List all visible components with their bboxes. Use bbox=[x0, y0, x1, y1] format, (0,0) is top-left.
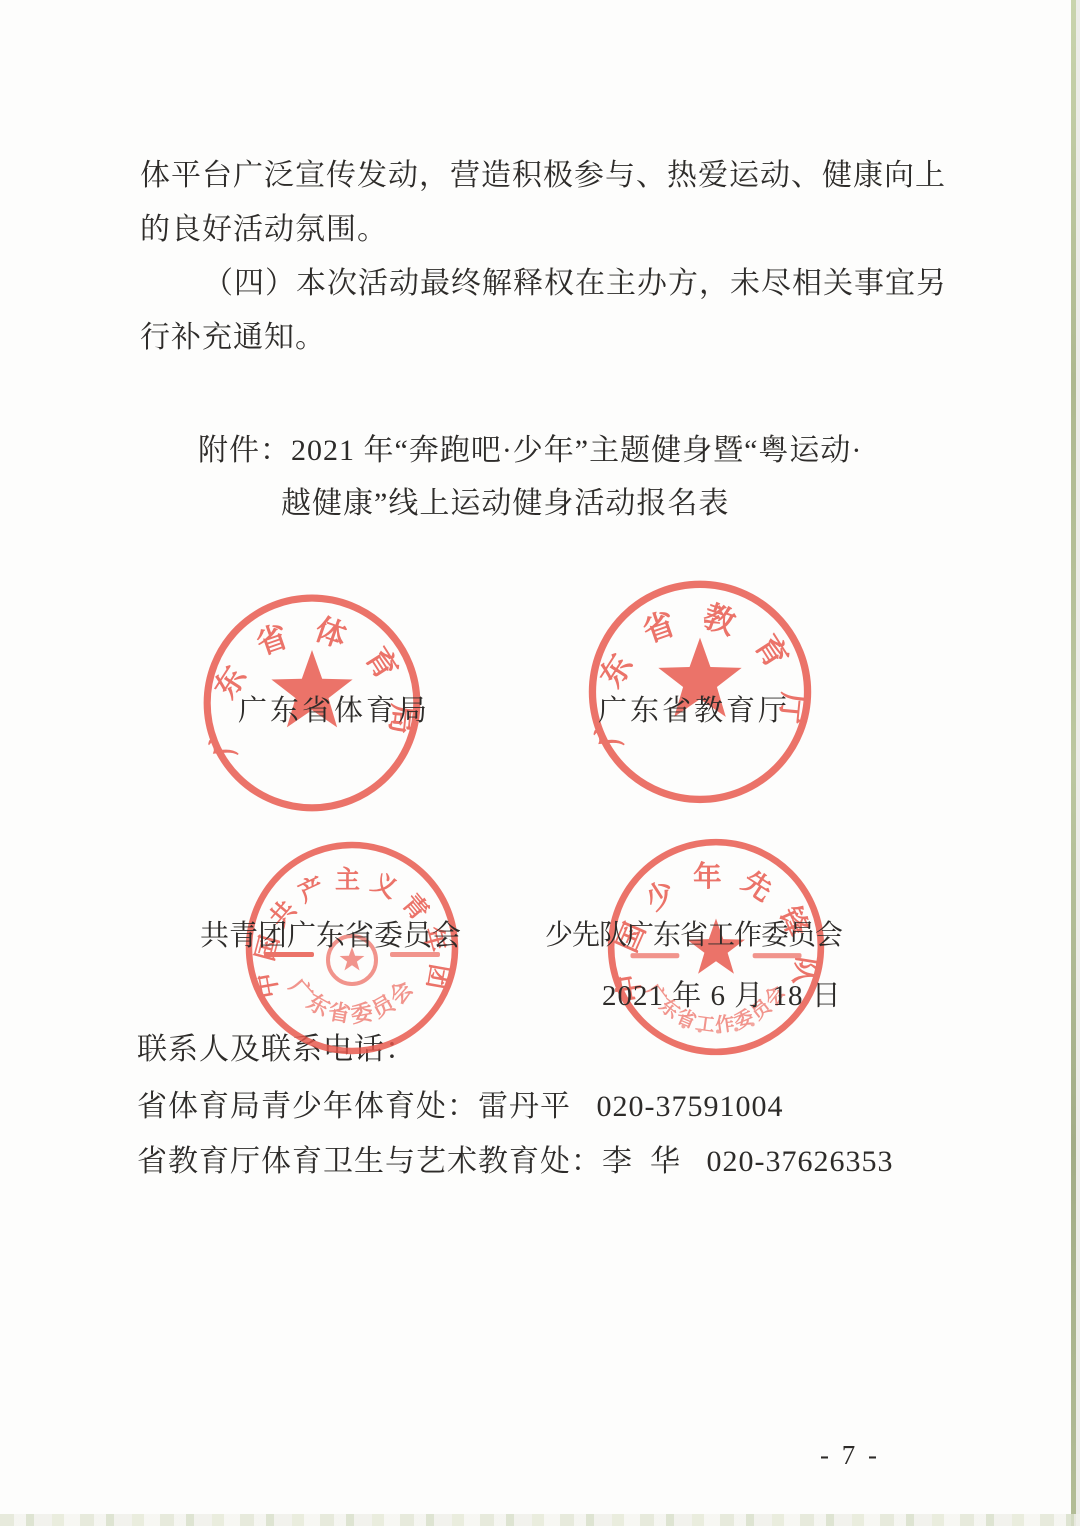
body-text-line-1: 体平台广泛宣传发动，营造积极参与、热爱运动、健康向上 bbox=[140, 150, 946, 194]
seal-right-dash bbox=[753, 953, 802, 958]
contact-line-sports: 省体育局青少年体育处：雷丹平 020-37591004 bbox=[137, 1081, 784, 1125]
signature-org-young-pioneers: 少先队广东省工作委员会 bbox=[545, 913, 842, 953]
seal-arc-bottom-text: 广东省委员会 bbox=[284, 974, 419, 1028]
body-text-line-4: 行补充通知。 bbox=[140, 312, 326, 356]
seal-left-dash bbox=[630, 953, 679, 958]
contact-line-education: 省教育厅体育卫生与艺术教育处：李 华 020-37626353 bbox=[137, 1136, 894, 1180]
page-number: - 7 - bbox=[820, 1440, 880, 1471]
signature-org-sports-bureau: 广东省体育局 bbox=[238, 688, 430, 729]
scan-edge-bottom bbox=[0, 1514, 1080, 1526]
attachment-line-2: 越健康”线上运动健身活动报名表 bbox=[281, 478, 729, 522]
attachment-line-1: 附件：2021 年“奔跑吧·少年”主题健身暨“粤运动· bbox=[198, 425, 862, 469]
signature-org-education-department: 广东省教育厅 bbox=[598, 688, 790, 729]
scan-edge-right-outer bbox=[1076, 0, 1080, 1526]
body-text-line-3: （四）本次活动最终解释权在主办方，未尽相关事宜另 bbox=[203, 258, 947, 302]
document-page: 体平台广泛宣传发动，营造积极参与、热爱运动、健康向上 的良好活动氛围。 （四）本… bbox=[0, 0, 1080, 1526]
signature-org-youth-league: 共青团广东省委员会 bbox=[200, 913, 461, 954]
document-date: 2021 年 6 月 18 日 bbox=[602, 973, 842, 1014]
body-text-line-2: 的良好活动氛围。 bbox=[140, 204, 388, 248]
